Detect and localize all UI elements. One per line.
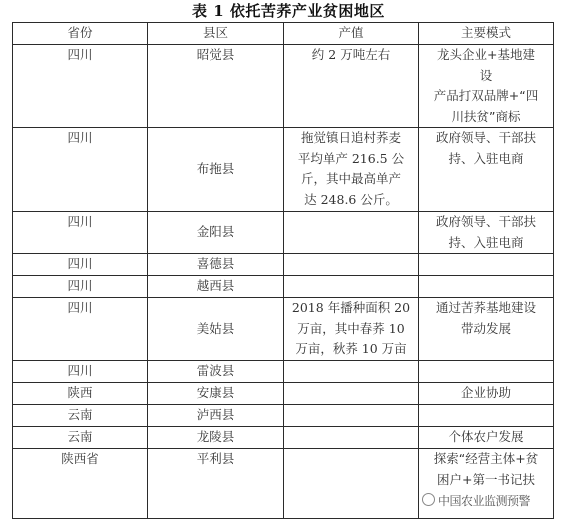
header-output: 产值 [284, 23, 419, 45]
cell-province: 四川 [13, 128, 148, 212]
cell-output [284, 212, 419, 254]
cell-mode [419, 361, 554, 383]
cell-county: 雷波县 [148, 361, 284, 383]
cell-output: 拖觉镇日追村荞麦 平均单产 216.5 公 斤，其中最高单产 达 248.6 公… [284, 128, 419, 212]
watermark: 中国农业监测预警 [422, 492, 530, 509]
cell-county: 金阳县 [148, 212, 284, 254]
table-row: 云南 泸西县 [13, 405, 554, 427]
cell-mode: 政府领导、干部扶 持、入驻电商 [419, 128, 554, 212]
cell-county: 美姑县 [148, 298, 284, 361]
poverty-areas-table: 省份 县区 产值 主要模式 四川 昭觉县 约 2 万吨左右 龙头企业+基地建 设… [12, 22, 554, 519]
table-row: 四川 喜德县 [13, 254, 554, 276]
table-row: 云南 龙陵县 个体农户发展 [13, 427, 554, 449]
cell-county: 昭觉县 [148, 45, 284, 128]
cell-county: 龙陵县 [148, 427, 284, 449]
cell-output [284, 254, 419, 276]
cell-county: 平利县 [148, 449, 284, 519]
cell-output [284, 383, 419, 405]
cell-province: 四川 [13, 361, 148, 383]
table-header-row: 省份 县区 产值 主要模式 [13, 23, 554, 45]
cell-mode: 通过苦荞基地建设 带动发展 [419, 298, 554, 361]
header-county: 县区 [148, 23, 284, 45]
cell-county: 泸西县 [148, 405, 284, 427]
header-province: 省份 [13, 23, 148, 45]
table-row: 四川 昭觉县 约 2 万吨左右 龙头企业+基地建 设 产品打双品牌+“四 川扶贫… [13, 45, 554, 128]
cell-output [284, 361, 419, 383]
cell-mode: 企业协助 [419, 383, 554, 405]
cell-province: 四川 [13, 45, 148, 128]
cell-mode: 个体农户发展 [419, 427, 554, 449]
cell-province: 陕西省 [13, 449, 148, 519]
cell-output: 2018 年播种面积 20 万亩，其中春荞 10 万亩，秋荞 10 万亩 [284, 298, 419, 361]
table-row: 陕西 安康县 企业协助 [13, 383, 554, 405]
cell-output [284, 276, 419, 298]
header-mode: 主要模式 [419, 23, 554, 45]
cell-province: 四川 [13, 298, 148, 361]
cell-province: 云南 [13, 427, 148, 449]
table-title: 表 1 依托苦荞产业贫困地区 [0, 0, 577, 22]
cell-mode [419, 405, 554, 427]
cell-output [284, 405, 419, 427]
cell-mode [419, 276, 554, 298]
table-row: 四川 美姑县 2018 年播种面积 20 万亩，其中春荞 10 万亩，秋荞 10… [13, 298, 554, 361]
table-row: 四川 金阳县 政府领导、干部扶 持、入驻电商 [13, 212, 554, 254]
cell-mode [419, 254, 554, 276]
table-row: 四川 越西县 [13, 276, 554, 298]
cell-province: 陕西 [13, 383, 148, 405]
cell-province: 四川 [13, 254, 148, 276]
wechat-icon [422, 493, 435, 506]
cell-province: 四川 [13, 212, 148, 254]
cell-county: 喜德县 [148, 254, 284, 276]
cell-province: 云南 [13, 405, 148, 427]
cell-county: 安康县 [148, 383, 284, 405]
table-row: 四川 雷波县 [13, 361, 554, 383]
cell-province: 四川 [13, 276, 148, 298]
table-row: 四川 布拖县 拖觉镇日追村荞麦 平均单产 216.5 公 斤，其中最高单产 达 … [13, 128, 554, 212]
watermark-text: 中国农业监测预警 [438, 494, 530, 508]
cell-output [284, 427, 419, 449]
cell-mode: 政府领导、干部扶 持、入驻电商 [419, 212, 554, 254]
cell-mode: 龙头企业+基地建 设 产品打双品牌+“四 川扶贫”商标 [419, 45, 554, 128]
cell-county: 布拖县 [148, 128, 284, 212]
cell-county: 越西县 [148, 276, 284, 298]
cell-output: 约 2 万吨左右 [284, 45, 419, 128]
cell-output [284, 449, 419, 519]
